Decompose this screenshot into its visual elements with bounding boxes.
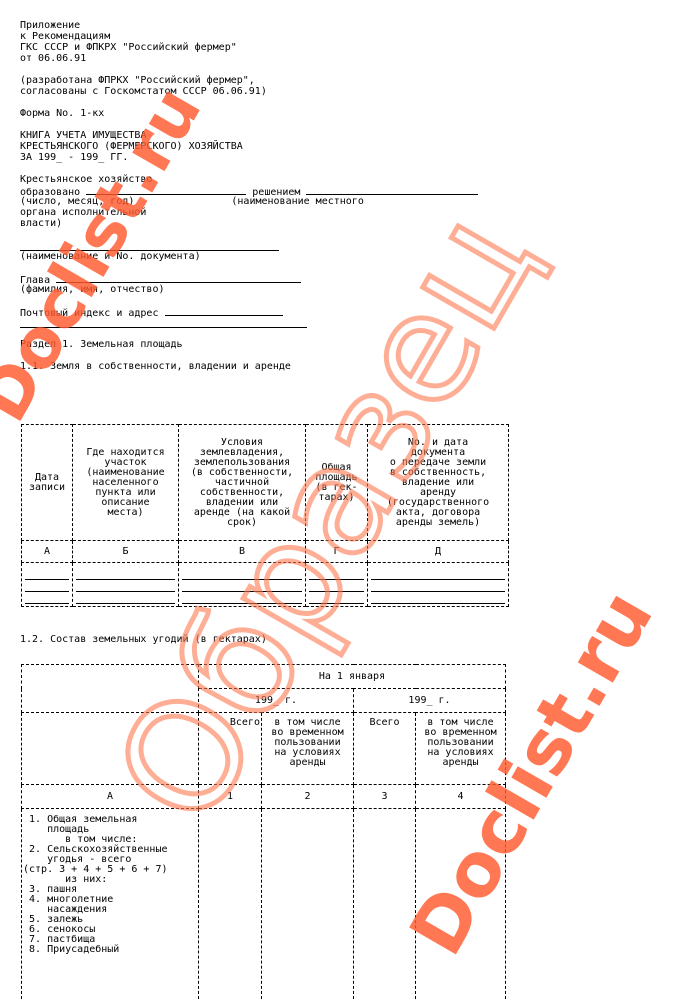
table-row <box>22 563 509 607</box>
subsection-title: 1.2. Состав земельных угодий (в гектарах… <box>20 634 267 645</box>
entry-cell[interactable] <box>179 563 306 607</box>
code-cell: Д <box>368 541 509 563</box>
year-header: 199_ г. <box>354 689 506 713</box>
document-body: Приложение к Рекомендациям ГКС СССР и ФП… <box>20 20 690 372</box>
code-cell: А <box>22 541 73 563</box>
code-cell: 1 <box>199 785 262 809</box>
year-header: 199_ г. <box>199 689 354 713</box>
code-cell: 3 <box>354 785 416 809</box>
appendix-line: ГКС СССР и ФПКРХ "Российский фермер" <box>20 42 690 53</box>
land-ownership-table: Дата записи Где находится участок (наиме… <box>21 424 509 607</box>
row-labels: 1. Общая земельная площадь в том числе: … <box>22 809 199 999</box>
code-cell: А <box>22 785 199 809</box>
developed-line: согласованы с Госкомстатом СССР 06.06.91… <box>20 86 690 97</box>
header-cell: No. и дата документа о передаче земли в … <box>368 425 509 541</box>
head-field[interactable] <box>56 273 301 283</box>
code-cell: 2 <box>262 785 354 809</box>
farm-label: Крестьянское хозяйство <box>20 174 690 185</box>
document-field[interactable] <box>20 240 279 251</box>
code-cell: В <box>179 541 306 563</box>
value-cell[interactable] <box>199 809 262 999</box>
code-cell: Б <box>73 541 179 563</box>
value-cell[interactable] <box>262 809 354 999</box>
header-cell: Условия землевладения, землепользования … <box>179 425 306 541</box>
document-hint: (наименование и No. документа) <box>20 251 690 262</box>
code-cell: 4 <box>416 785 506 809</box>
authority-hint: (наименование местного <box>231 196 363 207</box>
subsection-title: 1.1. Земля в собственности, владении и а… <box>20 361 690 372</box>
empty-header <box>22 713 199 785</box>
document-title: КНИГА УЧЕТА ИМУЩЕСТВА <box>20 130 690 141</box>
document-title: КРЕСТЬЯНСКОГО (ФЕРМЕРСКОГО) ХОЗЯЙСТВА <box>20 141 690 152</box>
postal-row: Почтовый индекс и адрес <box>20 306 690 317</box>
value-cell[interactable] <box>354 809 416 999</box>
value-cell[interactable] <box>416 809 506 999</box>
section-title: Раздел 1. Земельная площадь <box>20 339 690 350</box>
date-hint: (число, месяц, год) <box>20 196 134 207</box>
entry-cell[interactable] <box>368 563 509 607</box>
authority-hint: власти) <box>20 218 690 229</box>
table-row: 1. Общая земельная площадь в том числе: … <box>22 809 506 999</box>
sub-header: Всего <box>354 713 416 785</box>
authority-hint: органа исполнительной <box>20 207 690 218</box>
sub-header: в том числе во временном пользовании на … <box>416 713 506 785</box>
sub-header: Всего <box>199 713 262 785</box>
postal-field[interactable] <box>165 306 283 316</box>
form-number: Форма No. 1-кх <box>20 108 690 119</box>
header-cell: Где находится участок (наименование насе… <box>73 425 179 541</box>
formed-row: образовано решением <box>20 185 690 196</box>
formed-date-field[interactable] <box>86 185 246 195</box>
entry-cell[interactable] <box>22 563 73 607</box>
code-cell: Г <box>306 541 368 563</box>
entry-cell[interactable] <box>73 563 179 607</box>
developed-line: (разработана ФПРКХ "Российский фермер", <box>20 75 690 86</box>
appendix-line: от 06.06.91 <box>20 53 690 64</box>
head-row: Глава <box>20 273 690 284</box>
head-hint: (фамилия, имя, отчество) <box>20 284 690 295</box>
group-header: На 1 января <box>199 665 506 689</box>
hint-row: (число, месяц, год)(наименование местног… <box>20 196 690 207</box>
postal-label: Почтовый индекс и адрес <box>20 308 158 319</box>
empty-header <box>22 665 199 713</box>
entry-cell[interactable] <box>306 563 368 607</box>
land-composition-table: На 1 января 199_ г. 199_ г. Всего в том … <box>21 664 506 999</box>
header-cell: Дата записи <box>22 425 73 541</box>
appendix-line: к Рекомендациям <box>20 31 690 42</box>
appendix-line: Приложение <box>20 20 690 31</box>
document-title: ЗА 199_ - 199_ ГГ. <box>20 152 690 163</box>
sub-header: в том числе во временном пользовании на … <box>262 713 354 785</box>
header-cell: Общая площадь (в гек- тарах) <box>306 425 368 541</box>
decision-field[interactable] <box>306 185 478 195</box>
